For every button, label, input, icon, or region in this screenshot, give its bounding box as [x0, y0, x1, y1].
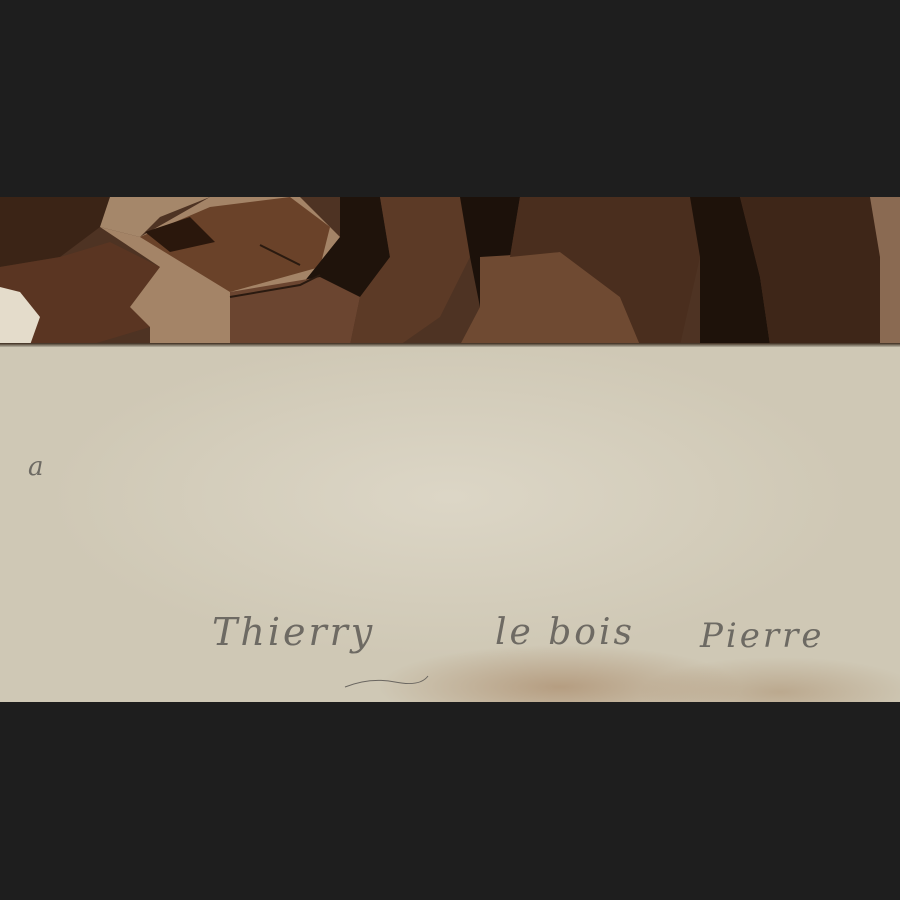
- pencil-flourish: [340, 672, 430, 692]
- inscription-prefix: a: [28, 452, 47, 482]
- painting-shapes: [0, 197, 900, 345]
- inscription-name: Thierry: [212, 610, 375, 654]
- inscription-place: Pierre: [700, 616, 825, 656]
- sepia-wash-painting: [0, 197, 900, 345]
- inscription-words: le bois: [495, 612, 635, 653]
